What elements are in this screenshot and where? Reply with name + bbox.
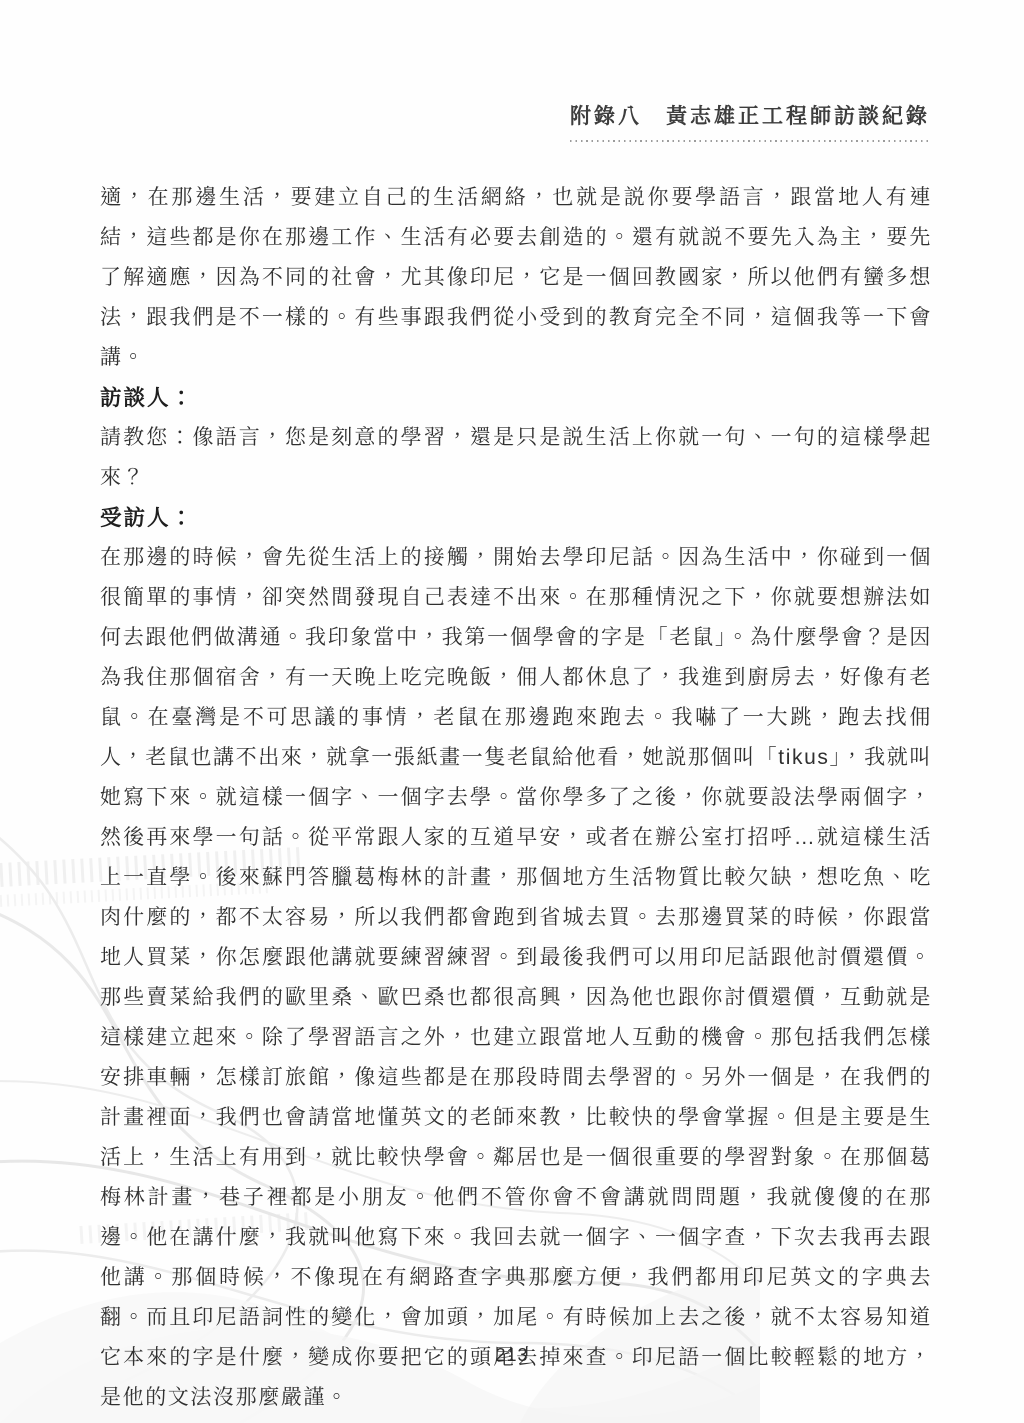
page-number: 213 xyxy=(495,1345,528,1365)
header-dotted-rule xyxy=(570,140,930,142)
interviewer-question: 請教您：像語言，您是刻意的學習，還是只是説生活上你就一句、一句的這樣學起來？ xyxy=(100,418,932,498)
interviewee-label: 受訪人： xyxy=(100,498,932,538)
page-body: 適，在那邊生活，要建立自己的生活網絡，也就是説你要學語言，跟當地人有連結，這些都… xyxy=(100,178,932,1418)
paragraph-continuation: 適，在那邊生活，要建立自己的生活網絡，也就是説你要學語言，跟當地人有連結，這些都… xyxy=(100,178,932,378)
running-head-title: 附錄八 黃志雄正工程師訪談紀錄 xyxy=(570,100,930,138)
interviewee-answer: 在那邊的時候，會先從生活上的接觸，開始去學印尼話。因為生活中，你碰到一個很簡單的… xyxy=(100,538,932,1418)
page-footer: 213 xyxy=(0,1345,1024,1366)
page-header: 附錄八 黃志雄正工程師訪談紀錄 xyxy=(570,100,930,142)
book-page: 附錄八 黃志雄正工程師訪談紀錄 適，在那邊生活，要建立自己的生活網絡，也就是説你… xyxy=(0,0,1024,1423)
interviewer-label: 訪談人： xyxy=(100,378,932,418)
